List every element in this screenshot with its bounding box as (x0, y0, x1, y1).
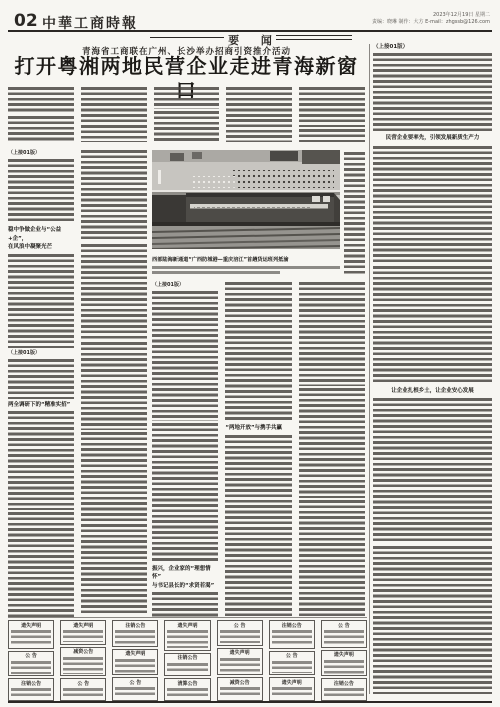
notice-title: 公 告 (115, 680, 155, 686)
photo-caption: 西部陆海新通道“广西防城港—重庆涪江”首趟货运班列抵渝 (152, 256, 340, 264)
body-text-block (225, 282, 291, 422)
notice-title: 注销公告 (272, 623, 312, 629)
notice-text (63, 657, 103, 674)
notice-title: 减资公告 (63, 649, 103, 655)
right-subhead-a: 民营企业要率先，引领发展新质生产力 (373, 134, 492, 143)
notice-text (63, 688, 103, 698)
notice-box: 注销公告 (8, 678, 54, 701)
section-rule-right (276, 35, 352, 40)
lead-intro-columns (8, 87, 365, 144)
center-subhead: 振兴，企业家的“理想情怀” 与书记县长的“求贤若渴” (152, 565, 218, 591)
notice-box: 公 告 (217, 620, 263, 646)
notice-text (11, 688, 51, 698)
left-subhead-b: 两全调研下的“精准实招” (8, 401, 74, 410)
notice-box: 公 告 (112, 677, 158, 701)
body-text-block (152, 592, 218, 618)
notice-title: 遗失声明 (220, 650, 260, 656)
notices-top-rule (8, 617, 367, 618)
notice-text (115, 659, 155, 673)
notice-text (11, 661, 51, 674)
notice-text (63, 630, 103, 642)
section-rule-left (150, 37, 224, 38)
notice-box: 公 告 (269, 651, 315, 676)
notice-box: 遗失声明 (269, 677, 315, 701)
notice-box: 注销公告 (112, 620, 158, 647)
notice-box: 公 告 (60, 678, 106, 701)
left-article-col1: （上接01版） 稳中争做企业与“公益+企”， 在风浪中凝聚光芒 （上接01版） … (8, 150, 74, 618)
photo-article: 西部陆海新通道“广西防城港—重庆涪江”首趟货运班列抵渝 (152, 150, 340, 274)
notice-title: 遗失声明 (167, 623, 207, 629)
notice-box: 公 告 (8, 651, 54, 677)
body-text-block (373, 546, 492, 694)
notice-box: 遗失声明 (164, 620, 210, 651)
body-text-block (81, 244, 147, 340)
notice-text (324, 688, 364, 698)
body-text-block (373, 398, 492, 544)
left-article-col2 (81, 150, 147, 618)
notice-box: 清算公告 (164, 678, 210, 701)
notice-title: 遗失声明 (11, 623, 51, 629)
body-text-block (81, 432, 147, 522)
notice-box: 减资公告 (60, 647, 106, 677)
body-text-block (8, 254, 74, 349)
notice-box: 遗失声明 (217, 648, 263, 676)
body-text-block (154, 111, 220, 142)
body-text-block (373, 266, 492, 384)
notice-text (220, 658, 260, 673)
notice-title: 公 告 (220, 623, 260, 629)
center-article: （上接01版） 振兴，企业家的“理想情怀” 与书记县长的“求贤若渴” “两地开放… (152, 282, 365, 618)
notice-text (220, 630, 260, 643)
notice-title: 注销公告 (324, 681, 364, 687)
notice-text (11, 630, 51, 646)
body-text-block (8, 159, 74, 224)
continued-marker: （上接01版） (8, 350, 74, 357)
body-text-block (225, 527, 291, 618)
body-text-block (373, 53, 492, 131)
body-text-block (8, 359, 74, 398)
notice-title: 遗失声明 (115, 651, 155, 657)
body-text-block (299, 388, 365, 498)
body-text-block (226, 87, 292, 117)
body-text-block (8, 411, 74, 510)
notice-text (220, 687, 260, 698)
caption-text-line (152, 271, 280, 274)
notice-text (167, 630, 207, 648)
footer-rule (8, 701, 492, 703)
train-photo (152, 150, 340, 249)
newspaper-page: 02 中華工商時報 2023年12月19日 星期二 责编：晓琳 制作：大方 E-… (0, 0, 500, 707)
body-text-block (344, 152, 365, 276)
body-text-block (152, 291, 218, 421)
notice-title: 公 告 (324, 623, 364, 629)
notice-title: 清算公告 (167, 681, 207, 687)
left-article: （上接01版） 稳中争做企业与“公益+企”， 在风浪中凝聚光芒 （上接01版） … (8, 150, 147, 618)
body-text-block (81, 524, 147, 616)
notice-text (324, 630, 364, 645)
notice-box: 遗失声明 (60, 620, 106, 645)
body-text-block (299, 282, 365, 386)
body-text-block (81, 87, 147, 123)
caption-text-line (152, 266, 340, 269)
continued-marker: （上接01版） (373, 44, 492, 51)
notice-title: 减资公告 (220, 680, 260, 686)
notice-box: 减资公告 (217, 677, 263, 701)
body-text-block (299, 500, 365, 618)
notice-box: 注销公告 (321, 678, 367, 701)
notice-title: 遗失声明 (324, 652, 364, 658)
notice-title: 遗失声明 (272, 680, 312, 686)
notice-text (167, 663, 207, 674)
continued-marker: （上接01版） (8, 150, 74, 157)
dateline-block: 2023年12月19日 星期二 责编：晓琳 制作：大方 E-mail：zhgss… (270, 12, 490, 26)
notice-title: 公 告 (272, 653, 312, 659)
editor-line: 责编：晓琳 制作：大方 E-mail：zhgssb@126.com (270, 19, 490, 26)
notice-title: 注销公告 (11, 681, 51, 687)
body-text-block (299, 129, 365, 142)
body-text-block (8, 87, 74, 114)
notice-text (272, 687, 312, 698)
notice-text (115, 687, 155, 698)
notice-text (115, 630, 155, 644)
notice-title: 公 告 (11, 653, 51, 659)
notice-text (272, 630, 312, 646)
date-line: 2023年12月19日 星期二 (270, 12, 490, 19)
body-text-block (8, 116, 74, 142)
body-text-block (81, 342, 147, 430)
body-text-block (226, 119, 292, 142)
notice-box: 注销公告 (164, 653, 210, 677)
body-text-block (81, 125, 147, 142)
left-subhead-a: 稳中争做企业与“公益+企”， 在风浪中凝聚光芒 (8, 226, 74, 252)
center-subhead-col4: “两地开放”与携手共赢 (225, 424, 291, 433)
body-text-block (81, 150, 147, 242)
body-text-block (154, 87, 220, 109)
body-text-block (152, 423, 218, 563)
notice-text (324, 660, 364, 674)
body-text-block (225, 435, 291, 525)
column-divider-rule (369, 44, 370, 694)
center-article-col4: “两地开放”与携手共赢 (225, 282, 291, 618)
notice-text (167, 688, 207, 698)
notice-box: 遗失声明 (112, 649, 158, 676)
notice-title: 遗失声明 (63, 623, 103, 629)
right-subhead-b: 让企业扎根乡土，让企业安心发展 (373, 387, 492, 396)
notice-title: 注销公告 (115, 623, 155, 629)
notice-box: 注销公告 (269, 620, 315, 649)
notice-box: 遗失声明 (8, 620, 54, 649)
notice-box: 遗失声明 (321, 650, 367, 677)
body-text-block (8, 512, 74, 618)
center-article-col3: （上接01版） 振兴，企业家的“理想情怀” 与书记县长的“求贤若渴” (152, 282, 218, 618)
notice-text (272, 661, 312, 673)
body-text-block (373, 146, 492, 264)
notice-box: 公 告 (321, 620, 367, 648)
page-number: 02 (14, 11, 38, 31)
notices-section: 遗失声明 公 告 注销公告 遗失声明 减资公告 公 告 注销公告 遗失声明 公 … (8, 620, 367, 698)
body-text-block (299, 87, 365, 127)
notice-title: 公 告 (63, 681, 103, 687)
center-article-col5 (299, 282, 365, 618)
continued-marker: （上接01版） (152, 282, 218, 289)
right-article: （上接01版） 民营企业要率先，引领发展新质生产力 让企业扎根乡土，让企业安心发… (373, 44, 492, 694)
notice-title: 注销公告 (167, 655, 207, 661)
